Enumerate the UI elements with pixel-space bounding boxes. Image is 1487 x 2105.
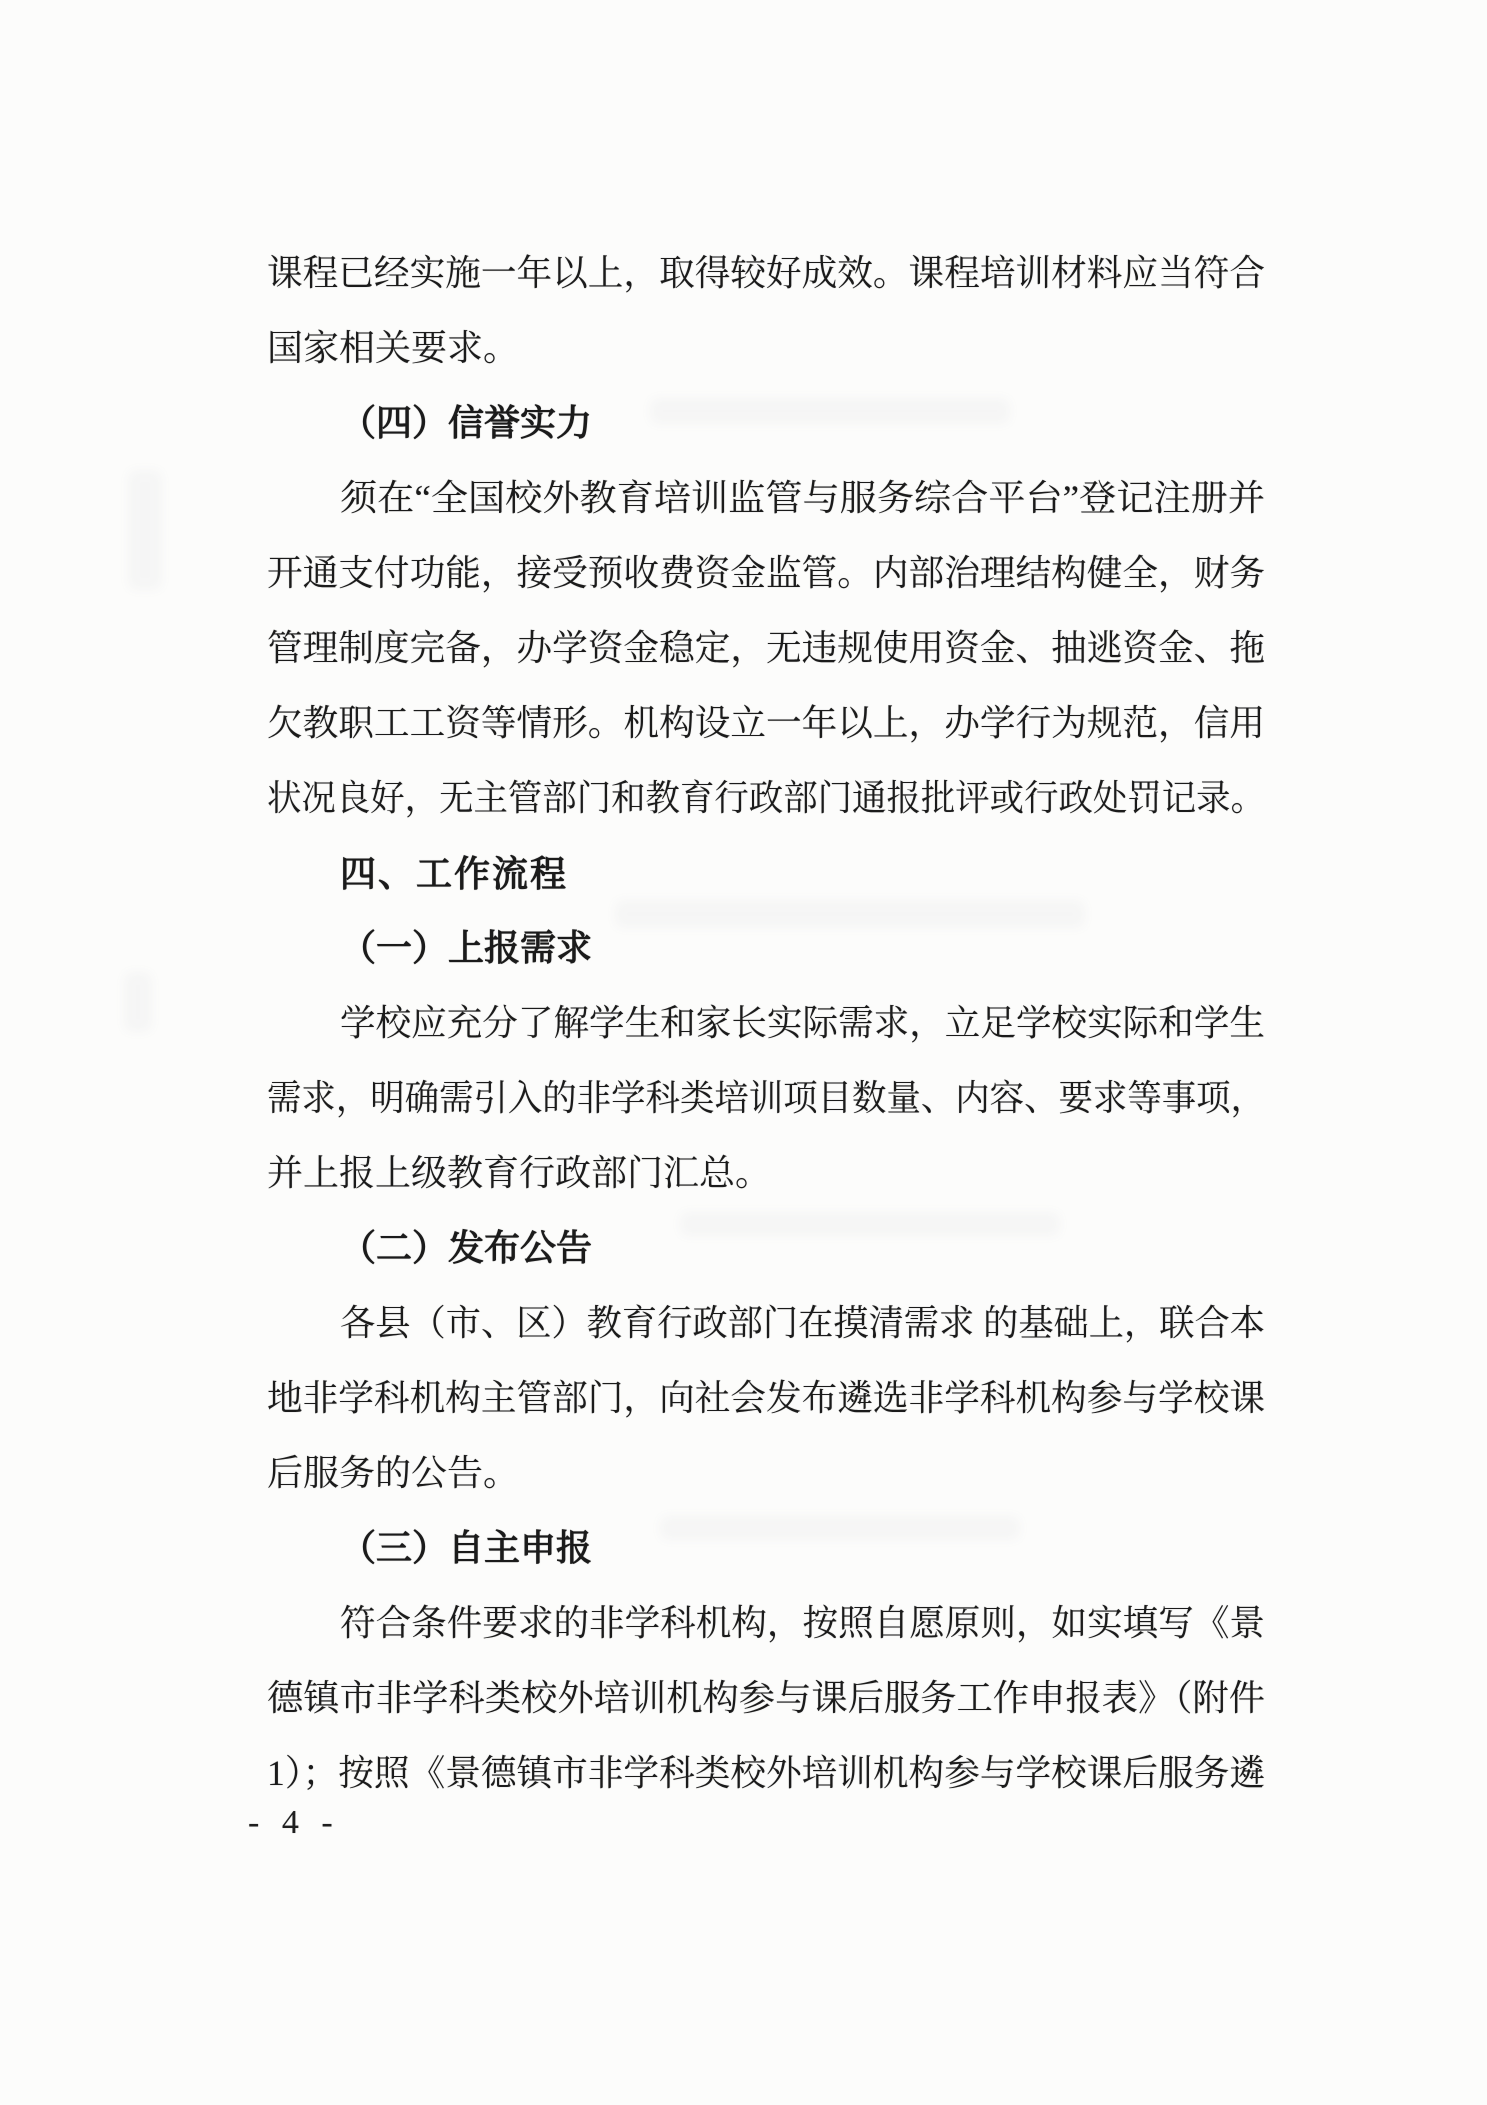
text-line: 地非学科机构主管部门，向社会发布遴选非学科机构参与学校课 <box>267 1361 1265 1436</box>
text-line: 四、工作流程 <box>267 836 1265 911</box>
paragraph-report-needs: 学校应充分了解学生和家长实际需求，立足学校实际和学生需求，明确需引入的非学科类培… <box>267 986 1265 1211</box>
heading-work-process: 四、工作流程 <box>267 836 1265 911</box>
document-page: 课程已经实施一年以上，取得较好成效。课程培训材料应当符合国家相关要求。（四）信誉… <box>0 0 1487 2105</box>
text-line: 各县（市、区）教育行政部门在摸清需求 的基础上，联合本 <box>267 1286 1265 1361</box>
text-line: 德镇市非学科类校外培训机构参与课后服务工作申报表》（附件 <box>267 1661 1265 1736</box>
document-body: 课程已经实施一年以上，取得较好成效。课程培训材料应当符合国家相关要求。（四）信誉… <box>267 236 1265 1811</box>
text-line: 需求，明确需引入的非学科类培训项目数量、内容、要求等事项， <box>267 1061 1265 1136</box>
text-line: （一）上报需求 <box>267 911 1265 986</box>
paragraph-course-requirements: 课程已经实施一年以上，取得较好成效。课程培训材料应当符合国家相关要求。 <box>267 236 1265 386</box>
text-line: 状况良好，无主管部门和教育行政部门通报批评或行政处罚记录。 <box>267 761 1265 836</box>
page-number: - 4 - <box>248 1802 340 1844</box>
text-line: （二）发布公告 <box>267 1211 1265 1286</box>
text-line: 学校应充分了解学生和家长实际需求，立足学校实际和学生 <box>267 986 1265 1061</box>
text-line: 国家相关要求。 <box>267 311 1265 386</box>
text-line: （三）自主申报 <box>267 1511 1265 1586</box>
text-line: 课程已经实施一年以上，取得较好成效。课程培训材料应当符合 <box>267 236 1265 311</box>
heading-report-needs: （一）上报需求 <box>267 911 1265 986</box>
text-line: 管理制度完备，办学资金稳定，无违规使用资金、抽逃资金、拖 <box>267 611 1265 686</box>
scan-artifact <box>124 972 152 1032</box>
text-line: 1）；按照《景德镇市非学科类校外培训机构参与学校课后服务遴 <box>267 1736 1265 1811</box>
text-line: 开通支付功能，接受预收费资金监管。内部治理结构健全，财务 <box>267 536 1265 611</box>
heading-publish-notice: （二）发布公告 <box>267 1211 1265 1286</box>
text-line: 欠教职工工资等情形。机构设立一年以上，办学行为规范，信用 <box>267 686 1265 761</box>
text-line: 须在“全国校外教育培训监管与服务综合平台”登记注册并 <box>267 461 1265 536</box>
text-line: 后服务的公告。 <box>267 1436 1265 1511</box>
text-line: （四）信誉实力 <box>267 386 1265 461</box>
paragraph-credit-strength: 须在“全国校外教育培训监管与服务综合平台”登记注册并开通支付功能，接受预收费资金… <box>267 461 1265 836</box>
paragraph-publish-notice: 各县（市、区）教育行政部门在摸清需求 的基础上，联合本地非学科机构主管部门，向社… <box>267 1286 1265 1511</box>
text-line: 并上报上级教育行政部门汇总。 <box>267 1136 1265 1211</box>
heading-credit-strength: （四）信誉实力 <box>267 386 1265 461</box>
text-line: 符合条件要求的非学科机构，按照自愿原则，如实填写《景 <box>267 1586 1265 1661</box>
paragraph-self-apply: 符合条件要求的非学科机构，按照自愿原则，如实填写《景德镇市非学科类校外培训机构参… <box>267 1586 1265 1811</box>
heading-self-apply: （三）自主申报 <box>267 1511 1265 1586</box>
scan-artifact <box>128 470 162 590</box>
